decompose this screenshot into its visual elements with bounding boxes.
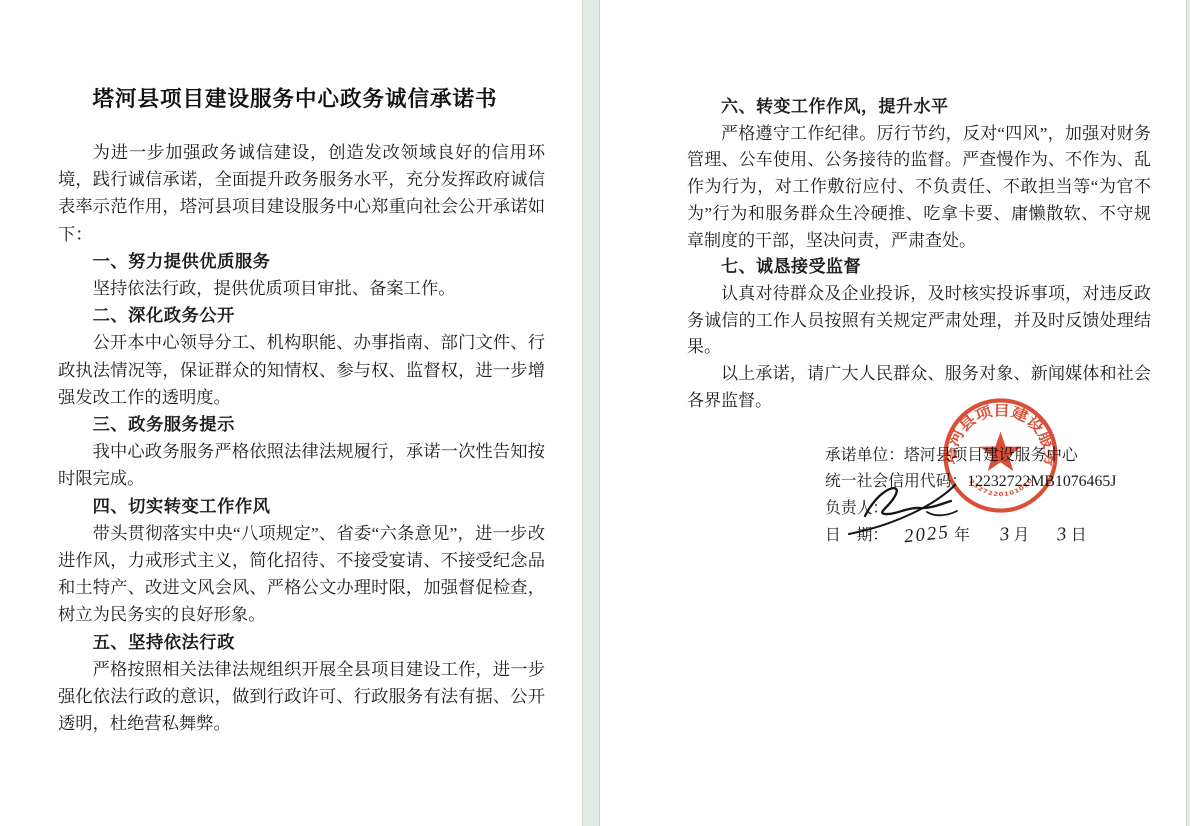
section-3-heading: 三、政务服务提示: [58, 411, 545, 438]
star-icon: [980, 432, 1021, 471]
page-gutter-strip: [582, 0, 600, 826]
right-edge-strip: [1186, 0, 1190, 826]
seal-code-text: 2327220101010: [968, 477, 1035, 498]
page1-body: 为进一步加强政务诚信建设，创造发改领域良好的信用环境，践行诚信承诺，全面提升政务…: [58, 139, 545, 737]
section-5-paragraph: 严格按照相关法律法规组织开展全县项目建设工作，进一步强化依法行政的意识，做到行政…: [58, 656, 545, 738]
page-title: 塔河县项目建设服务中心政务诚信承诺书: [30, 82, 560, 113]
intro-paragraph: 为进一步加强政务诚信建设，创造发改领域良好的信用环境，践行诚信承诺，全面提升政务…: [58, 139, 545, 248]
section-7-paragraph-1: 认真对待群众及企业投诉，及时核实投诉事项，对违反政务诚信的工作人员按照有关规定严…: [687, 281, 1151, 361]
handwritten-month: 3: [999, 521, 1011, 548]
section-2-heading: 二、深化政务公开: [58, 302, 545, 329]
svg-text:2327220101010: 2327220101010: [968, 477, 1035, 498]
unit-label: 承诺单位：: [825, 447, 904, 464]
section-5-heading: 五、坚持依法行政: [58, 629, 545, 656]
handwritten-day: 3: [1056, 521, 1068, 548]
section-3-paragraph: 我中心政务服务严格依照法律法规履行，承诺一次性告知按时限完成。: [58, 438, 545, 492]
official-seal-stamp: 塔河县项目建设服务中心 2327220101010: [941, 396, 1060, 515]
scanned-document-canvas: { "page1": { "title": "塔河县项目建设服务中心政务诚信承诺…: [0, 0, 1190, 826]
month-suffix: 月: [1014, 527, 1030, 544]
section-1-paragraph: 坚持依法行政，提供优质项目审批、备案工作。: [58, 275, 545, 302]
section-6-heading: 六、转变工作作风，提升水平: [687, 94, 1151, 121]
section-1-heading: 一、努力提供优质服务: [58, 248, 545, 275]
document-page-2: 六、转变工作作风，提升水平 严格遵守工作纪律。厉行节约，反对“四风”，加强对财务…: [600, 0, 1186, 826]
day-suffix: 日: [1071, 527, 1087, 544]
section-6-paragraph: 严格遵守工作纪律。厉行节约，反对“四风”，加强对财务管理、公车使用、公务接待的监…: [687, 121, 1151, 255]
section-2-paragraph: 公开本中心领导分工、机构职能、办事指南、部门文件、行政执法情况等，保证群众的知情…: [58, 329, 545, 411]
document-page-1: 塔河县项目建设服务中心政务诚信承诺书 为进一步加强政务诚信建设，创造发改领域良好…: [0, 0, 582, 826]
section-7-paragraph-2: 以上承诺，请广大人民群众、服务对象、新闻媒体和社会各界监督。: [687, 361, 1151, 414]
page2-body: 六、转变工作作风，提升水平 严格遵守工作纪律。厉行节约，反对“四风”，加强对财务…: [687, 94, 1151, 414]
section-4-heading: 四、切实转变工作作风: [58, 493, 545, 520]
section-7-heading: 七、诚恳接受监督: [687, 254, 1151, 281]
section-4-paragraph: 带头贯彻落实中央“八项规定”、省委“六条意见”，进一步改进作风，力戒形式主义，简…: [58, 520, 545, 629]
